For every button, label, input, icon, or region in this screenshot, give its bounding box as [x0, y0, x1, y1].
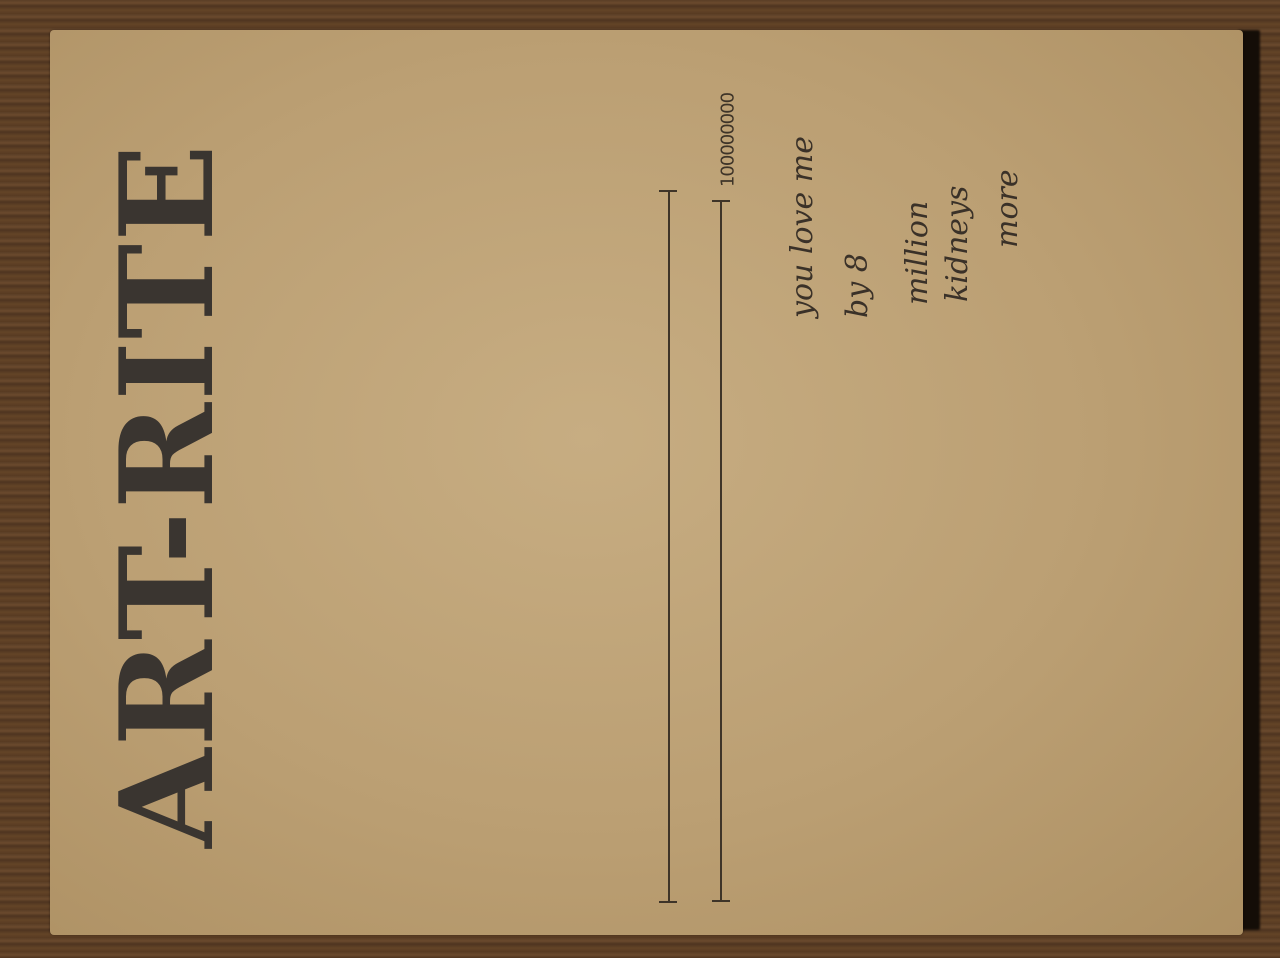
- handwriting-line-5: more: [990, 169, 1025, 248]
- magazine-title: ART-RITE: [104, 142, 232, 848]
- printed-number: 100000000: [718, 93, 739, 187]
- handwriting-line-1: you love me: [785, 136, 820, 318]
- line-left-bottom-tick: [659, 901, 677, 903]
- handwriting-line-3: million: [900, 201, 935, 305]
- handwriting-line-4: kidneys: [940, 186, 975, 302]
- printed-line-right: [720, 200, 722, 902]
- line-right-top-tick: [712, 200, 730, 202]
- handwriting-line-2: by 8: [840, 253, 875, 318]
- line-left-top-tick: [659, 190, 677, 192]
- printed-line-left: [668, 190, 670, 902]
- line-right-bottom-tick: [712, 900, 730, 902]
